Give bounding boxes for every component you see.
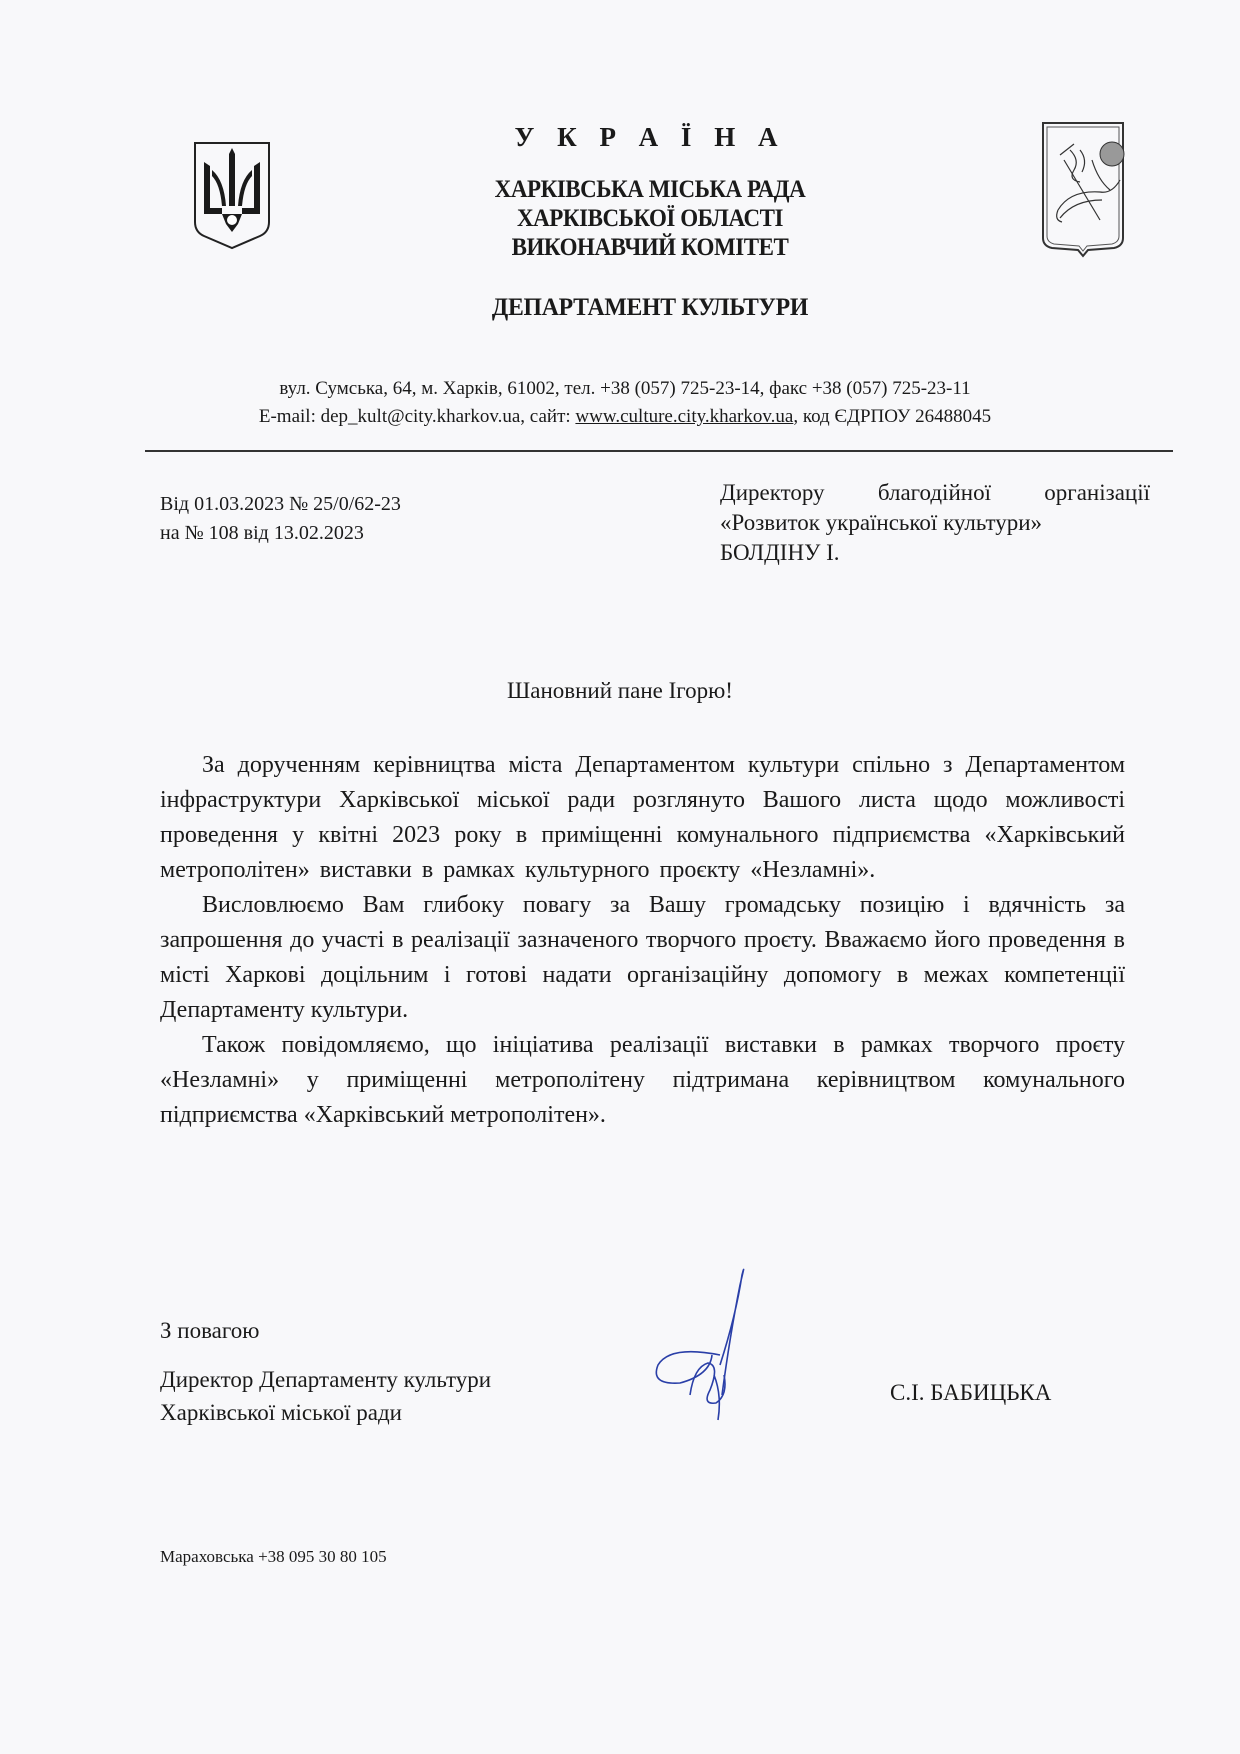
council-title: ХАРКІВСЬКА МІСЬКА РАДА ХАРКІВСЬКОЇ ОБЛАС… [420, 175, 880, 262]
website-link[interactable]: www.culture.city.kharkov.ua [575, 406, 793, 427]
closing-regards: З повагою [160, 1318, 259, 1344]
country-title: У К Р А Ї Н А [400, 122, 900, 153]
signatory-role: Директор Департаменту культури Харківськ… [160, 1363, 491, 1429]
council-line: ХАРКІВСЬКА МІСЬКА РАДА [420, 175, 880, 204]
outgoing-number: Від 01.03.2023 № 25/0/62-23 [160, 490, 401, 519]
addressee-block: Директору благодійної організації «Розви… [720, 478, 1150, 568]
department-title: ДЕПАРТАМЕНТ КУЛЬТУРИ [413, 294, 888, 322]
council-line: ХАРКІВСЬКОЇ ОБЛАСТІ [420, 204, 880, 233]
email-line: E-mail: dep_kult@city.kharkov.ua, сайт: … [150, 403, 1100, 431]
executor-contact: Мараховська +38 095 30 80 105 [160, 1547, 387, 1567]
email-text: E-mail: dep_kult@city.kharkov.ua, сайт: [259, 406, 576, 427]
salutation: Шановний пане Ігорю! [0, 678, 1240, 704]
body-paragraph: Висловлюємо Вам глибоку повагу за Вашу г… [160, 888, 1125, 1028]
signatory-role-line: Директор Департаменту культури [160, 1363, 491, 1396]
signatory-role-line: Харківської міської ради [160, 1396, 491, 1429]
address-line: вул. Сумська, 64, м. Харків, 61002, тел.… [150, 375, 1100, 403]
addressee-position: Директору благодійної організації [720, 478, 1150, 508]
edrpou-code: , код ЄДРПОУ 26488045 [793, 406, 991, 427]
handwritten-signature-icon [650, 1255, 780, 1430]
body-paragraph: За дорученням керівництва міста Департам… [160, 748, 1125, 888]
header-divider [145, 450, 1173, 452]
council-line: ВИКОНАВЧИЙ КОМІТЕТ [420, 233, 880, 262]
addressee-organization: «Розвиток української культури» [720, 508, 1150, 538]
addressee-name: БОЛДІНУ І. [720, 538, 1150, 568]
letter-page: У К Р А Ї Н А ХАРКІВСЬКА МІСЬКА РАДА ХАР… [0, 0, 1240, 1754]
kharkiv-city-emblem-icon [1040, 120, 1126, 265]
letter-body: За дорученням керівництва міста Департам… [160, 748, 1125, 1133]
contact-block: вул. Сумська, 64, м. Харків, 61002, тел.… [150, 375, 1100, 431]
signatory-name: С.І. БАБИЦЬКА [890, 1380, 1051, 1406]
ukraine-trident-emblem-icon [192, 140, 272, 257]
reference-block: Від 01.03.2023 № 25/0/62-23 на № 108 від… [160, 490, 401, 548]
incoming-number: на № 108 від 13.02.2023 [160, 519, 401, 548]
body-paragraph: Також повідомляємо, що ініціатива реаліз… [160, 1028, 1125, 1133]
